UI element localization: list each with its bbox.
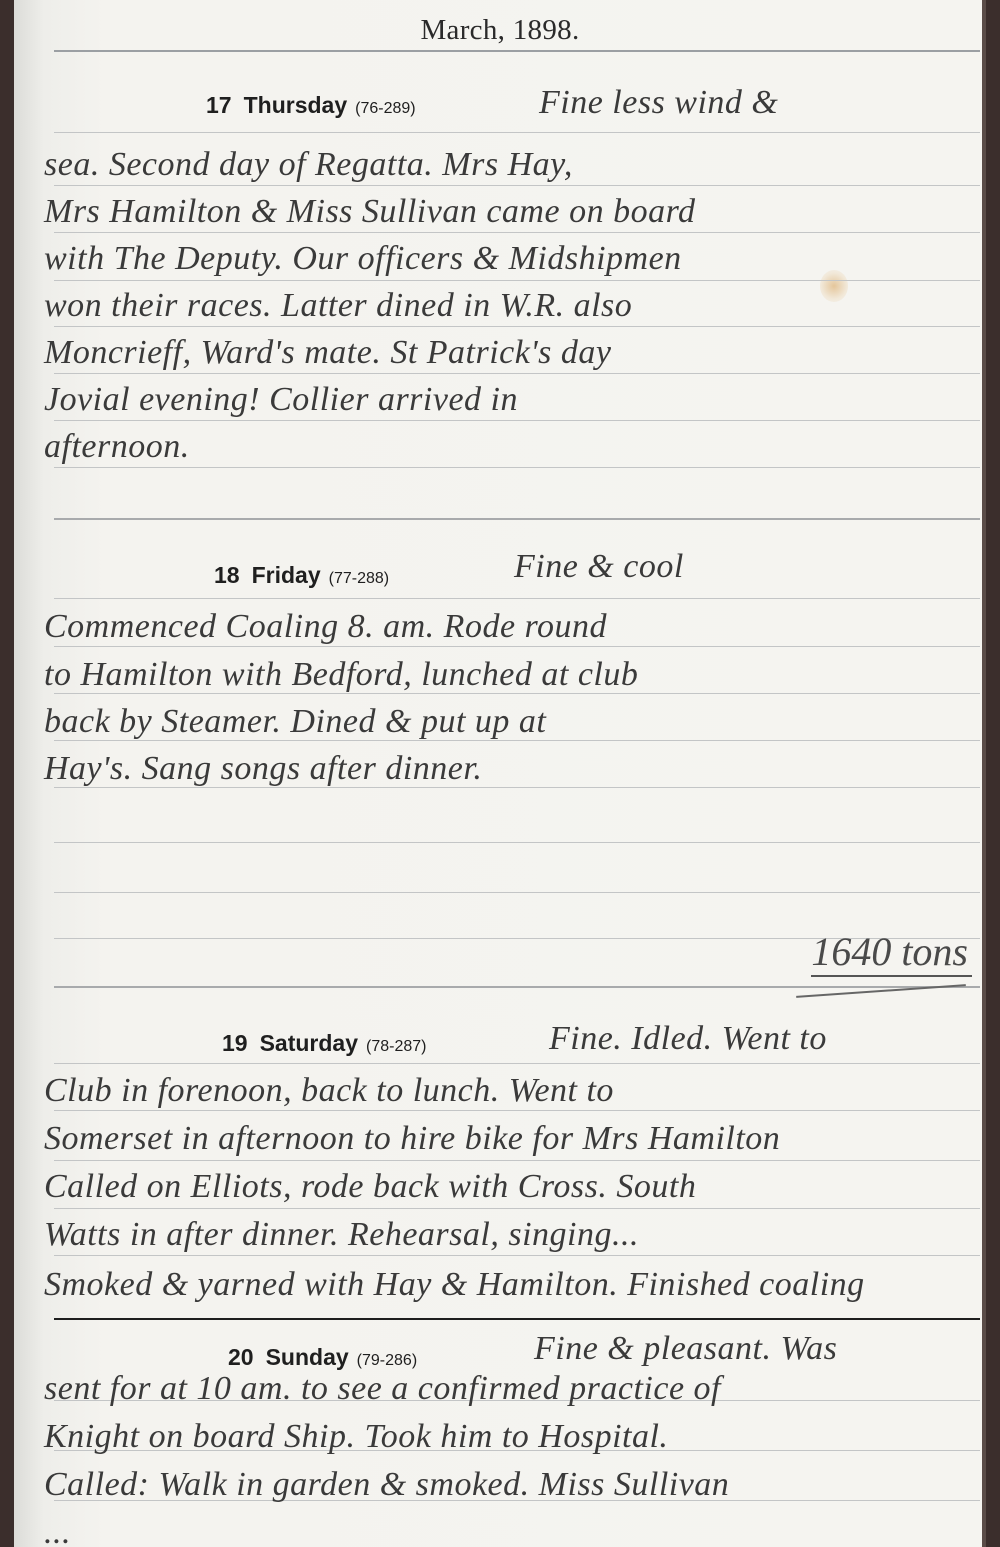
- page-title: March, 1898.: [14, 14, 986, 47]
- coal-tonnage-note: 1640 tons: [811, 928, 972, 977]
- day-header-19: 19Saturday(78-287): [222, 1030, 427, 1057]
- entry-line: Commenced Coaling 8. am. Rode round: [44, 608, 607, 646]
- entry-line: Moncrieff, Ward's mate. St Patrick's day: [44, 334, 611, 372]
- entry-line: Smoked & yarned with Hay & Hamilton. Fin…: [44, 1266, 865, 1304]
- ruled-line: [54, 1255, 980, 1256]
- ruled-line: [54, 1110, 980, 1111]
- day-number: 17: [206, 92, 232, 118]
- header-rule: [54, 50, 980, 52]
- entry-line: to Hamilton with Bedford, lunched at clu…: [44, 656, 638, 694]
- day-weekday: Friday: [252, 562, 321, 588]
- day-ordinal: (77-288): [329, 570, 389, 587]
- ruled-line: [54, 1160, 980, 1161]
- entry-line: Watts in after dinner. Rehearsal, singin…: [44, 1216, 639, 1254]
- ruled-line: [54, 598, 980, 599]
- entry-line: Called on Elliots, rode back with Cross.…: [44, 1168, 696, 1206]
- entry-line: won their races. Latter dined in W.R. al…: [44, 287, 632, 325]
- day-header-20: 20Sunday(79-286): [228, 1344, 417, 1371]
- day-number: 18: [214, 562, 240, 588]
- entry-line: ...: [44, 1514, 71, 1547]
- ruled-line: [54, 467, 980, 468]
- day-header-17: 17Thursday(76-289): [206, 92, 416, 119]
- entry-separator: [54, 986, 980, 988]
- ruled-line: [54, 646, 980, 647]
- day-number: 20: [228, 1344, 254, 1370]
- entry-line: Club in forenoon, back to lunch. Went to: [44, 1072, 614, 1110]
- entry-line: back by Steamer. Dined & put up at: [44, 703, 546, 741]
- day-header-18: 18Friday(77-288): [214, 562, 389, 589]
- day-weekday: Saturday: [260, 1030, 358, 1056]
- entry-line: Called: Walk in garden & smoked. Miss Su…: [44, 1466, 729, 1504]
- entry-line: with The Deputy. Our officers & Midshipm…: [44, 240, 682, 278]
- ink-stain: [820, 270, 848, 302]
- ruled-line: [54, 373, 980, 374]
- entry-separator: [54, 518, 980, 520]
- entry-line: afternoon.: [44, 428, 190, 466]
- entry-line: sea. Second day of Regatta. Mrs Hay,: [44, 146, 573, 184]
- ruled-line: [54, 185, 980, 186]
- entry-line: Knight on board Ship. Took him to Hospit…: [44, 1418, 668, 1456]
- entry-line: Hay's. Sang songs after dinner.: [44, 750, 482, 788]
- diary-page: March, 1898. 17Thursday(76-289) Fine les…: [14, 0, 986, 1547]
- ruled-line: [54, 892, 980, 893]
- entry-line: Somerset in afternoon to hire bike for M…: [44, 1120, 780, 1158]
- day-ordinal: (78-287): [366, 1038, 426, 1055]
- ruled-line: [54, 842, 980, 843]
- ruled-line: [54, 132, 980, 133]
- entry-line: Fine & pleasant. Was: [534, 1330, 837, 1368]
- entry-line: Fine & cool: [514, 548, 684, 586]
- ruled-line: [54, 232, 980, 233]
- entry-line: Fine. Idled. Went to: [549, 1020, 827, 1058]
- day-ordinal: (79-286): [357, 1352, 417, 1369]
- entry-line: Jovial evening! Collier arrived in: [44, 381, 518, 419]
- entry-line: Mrs Hamilton & Miss Sullivan came on boa…: [44, 193, 696, 231]
- entry-line: Fine less wind &: [539, 84, 778, 122]
- ruled-line: [54, 280, 980, 281]
- ruled-line: [54, 1208, 980, 1209]
- page-edge: [982, 0, 986, 1547]
- day-number: 19: [222, 1030, 248, 1056]
- entry-line: sent for at 10 am. to see a confirmed pr…: [44, 1370, 721, 1408]
- day-ordinal: (76-289): [355, 100, 415, 117]
- ruled-line: [54, 1063, 980, 1064]
- ruled-line: [54, 326, 980, 327]
- day-weekday: Thursday: [244, 92, 348, 118]
- week-divider: [54, 1318, 980, 1320]
- ruled-line: [54, 420, 980, 421]
- day-weekday: Sunday: [266, 1344, 349, 1370]
